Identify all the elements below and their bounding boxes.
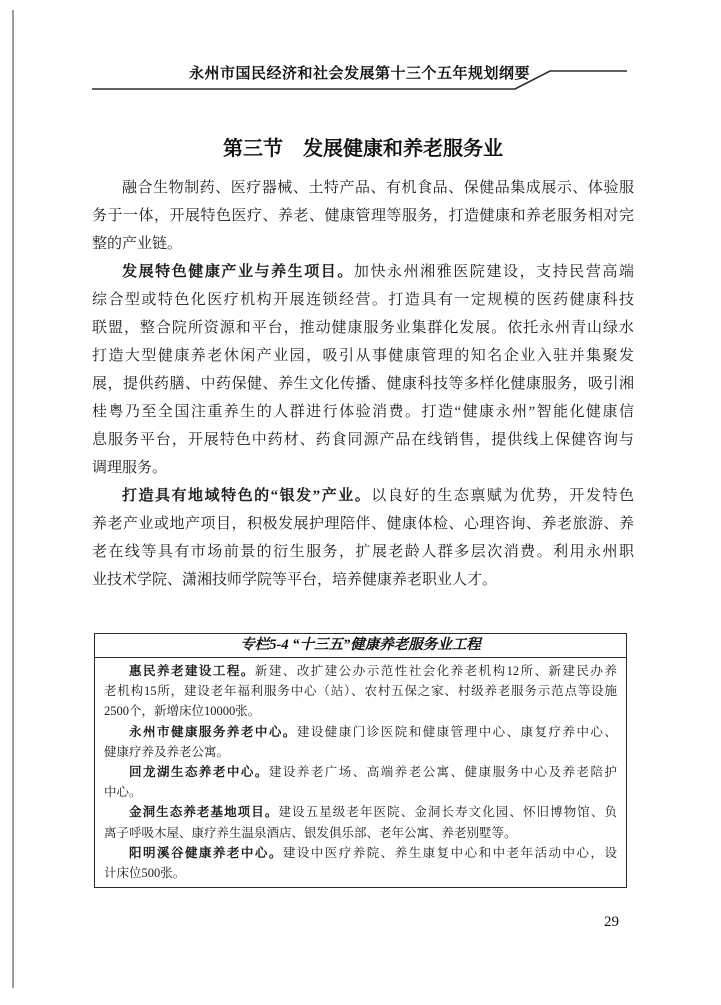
text-line: 桂粤乃至全国注重养生的人群进行体验消费。打造“健康永州”智能化健康信 [92, 398, 634, 426]
column-panel-body: 惠民养老建设工程。新建、改扩建公办示范性社会化养老机构12所、新建民办养老机构1… [95, 658, 626, 887]
text-line: 永州市健康服务养老中心。建设健康门诊医院和健康管理中心、康复疗养中心、 [104, 722, 617, 742]
text-line: 调理服务。 [92, 454, 634, 482]
text-line: 回龙湖生态养老中心。建设养老广场、高端养老公寓、健康服务中心及养老陪护 [104, 762, 617, 782]
lead-in-bold: 阳明溪谷健康养老中心。 [129, 846, 283, 860]
lead-in-bold: 金洞生态养老基地项目。 [129, 805, 278, 819]
section-title: 第三节 发展健康和养老服务业 [92, 136, 634, 162]
lead-in-bold: 发展特色健康产业与养生项目。 [122, 264, 354, 280]
text-line: 离子呼吸木屋、康疗养生温泉酒店、银发俱乐部、老年公寓、养老别墅等。 [104, 823, 617, 843]
text-line: 息服务平台，开展特色中药材、药食同源产品在线销售，提供线上保健咨询与 [92, 426, 634, 454]
text-line: 健康疗养及养老公寓。 [104, 742, 617, 762]
header-rule-line [92, 66, 627, 92]
text-line: 阳明溪谷健康养老中心。建设中医疗养院、养生康复中心和中老年活动中心，设 [104, 843, 617, 863]
lead-in-bold: 回龙湖生态养老中心。 [129, 765, 269, 779]
text-line: 业技术学院、潇湘技师学院等平台，培养健康养老职业人才。 [92, 566, 634, 594]
text-line: 发展特色健康产业与养生项目。加快永州湘雅医院建设，支持民营高端 [92, 258, 634, 286]
text-line: 打造大型健康养老休闲产业园，吸引从事健康管理的知名企业入驻并集聚发 [92, 342, 634, 370]
column-panel: 专栏5-4 “十三五”健康养老服务业工程 惠民养老建设工程。新建、改扩建公办示范… [94, 633, 627, 888]
text-line: 融合生物制药、医疗器械、土特产品、有机食品、保健品集成展示、体验服 [92, 174, 634, 202]
lead-in-bold: 永州市健康服务养老中心。 [129, 725, 297, 739]
text-line: 中心。 [104, 782, 617, 802]
text-line: 展，提供药膳、中药保健、养生文化传播、健康科技等多样化健康服务，吸引湘 [92, 370, 634, 398]
text-line: 惠民养老建设工程。新建、改扩建公办示范性社会化养老机构12所、新建民办养 [104, 661, 617, 681]
text-line: 2500个，新增床位10000张。 [104, 701, 617, 721]
text-line: 打造具有地域特色的“银发”产业。以良好的生态禀赋为优势，开发特色 [92, 482, 634, 510]
body-text: 融合生物制药、医疗器械、土特产品、有机食品、保健品集成展示、体验服务于一体，开展… [92, 174, 634, 594]
document-page: 永州市国民经济和社会发展第十三个五年规划纲要 第三节 发展健康和养老服务业 融合… [0, 0, 721, 1005]
text-line: 金洞生态养老基地项目。建设五星级老年医院、金洞长寿文化园、怀旧博物馆、负 [104, 802, 617, 822]
text-line: 老机构15所，建设老年福利服务中心（站）、农村五保之家、村级养老服务示范点等设施 [104, 681, 617, 701]
text-line: 养老产业或地产项目，积极发展护理陪伴、健康体检、心理咨询、养老旅游、养 [92, 510, 634, 538]
lead-in-bold: 打造具有地域特色的“银发”产业。 [122, 488, 371, 504]
text-line: 老在线等具有市场前景的衍生服务，扩展老龄人群多层次消费。利用永州职 [92, 538, 634, 566]
page-number: 29 [604, 914, 619, 931]
text-line: 务于一体，开展特色医疗、养老、健康管理等服务，打造健康和养老服务相对完 [92, 202, 634, 230]
text-line: 综合型或特色化医疗机构开展连锁经营。打造具有一定规模的医药健康科技 [92, 286, 634, 314]
text-line: 整的产业链。 [92, 230, 634, 258]
column-panel-title: 专栏5-4 “十三五”健康养老服务业工程 [95, 634, 626, 658]
text-line: 计床位500张。 [104, 863, 617, 883]
text-line: 联盟，整合院所资源和平台，推动健康服务业集群化发展。依托永州青山绿水 [92, 314, 634, 342]
lead-in-bold: 惠民养老建设工程。 [129, 664, 255, 678]
scan-edge-line [12, 10, 14, 988]
